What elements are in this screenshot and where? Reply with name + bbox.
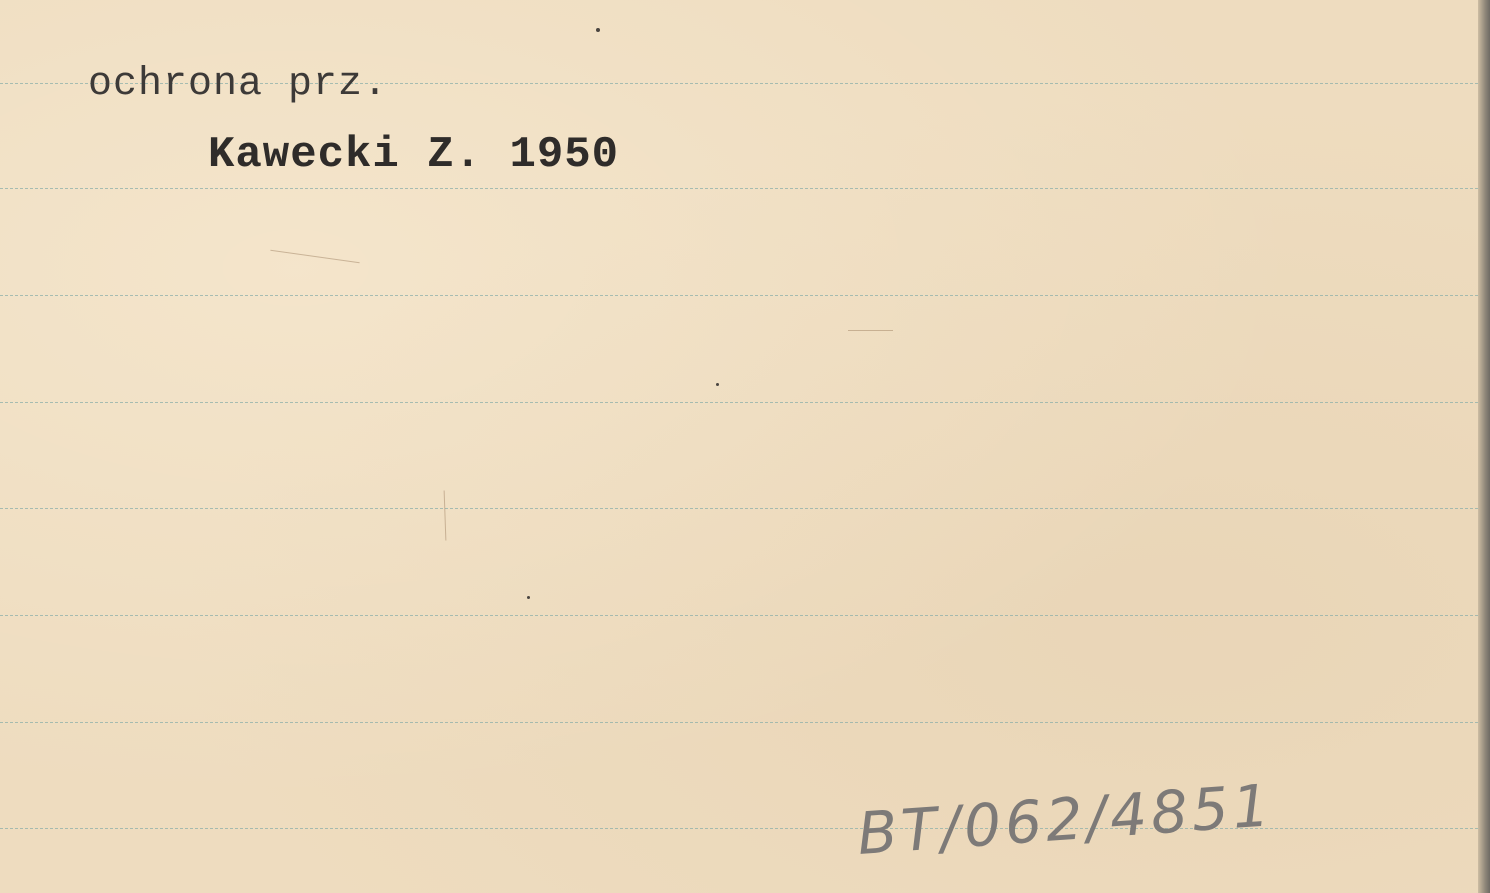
ruled-line	[0, 615, 1478, 616]
paper-fiber	[848, 330, 893, 331]
author-year: Kawecki Z. 1950	[208, 130, 619, 180]
catalog-card: ochrona prz. Kawecki Z. 1950 BT/062/4851	[0, 0, 1478, 893]
ink-speck	[527, 596, 530, 599]
paper-fiber	[444, 490, 447, 540]
ink-speck	[596, 28, 600, 32]
ruled-line	[0, 295, 1478, 296]
card-edge-shadow	[1478, 0, 1490, 893]
subject-heading: ochrona prz.	[88, 62, 388, 107]
ruled-line	[0, 508, 1478, 509]
ruled-line	[0, 402, 1478, 403]
ruled-line	[0, 722, 1478, 723]
ruled-line	[0, 188, 1478, 189]
ink-speck	[716, 383, 719, 386]
call-number: BT/062/4851	[855, 771, 1275, 868]
paper-fiber	[270, 250, 359, 264]
